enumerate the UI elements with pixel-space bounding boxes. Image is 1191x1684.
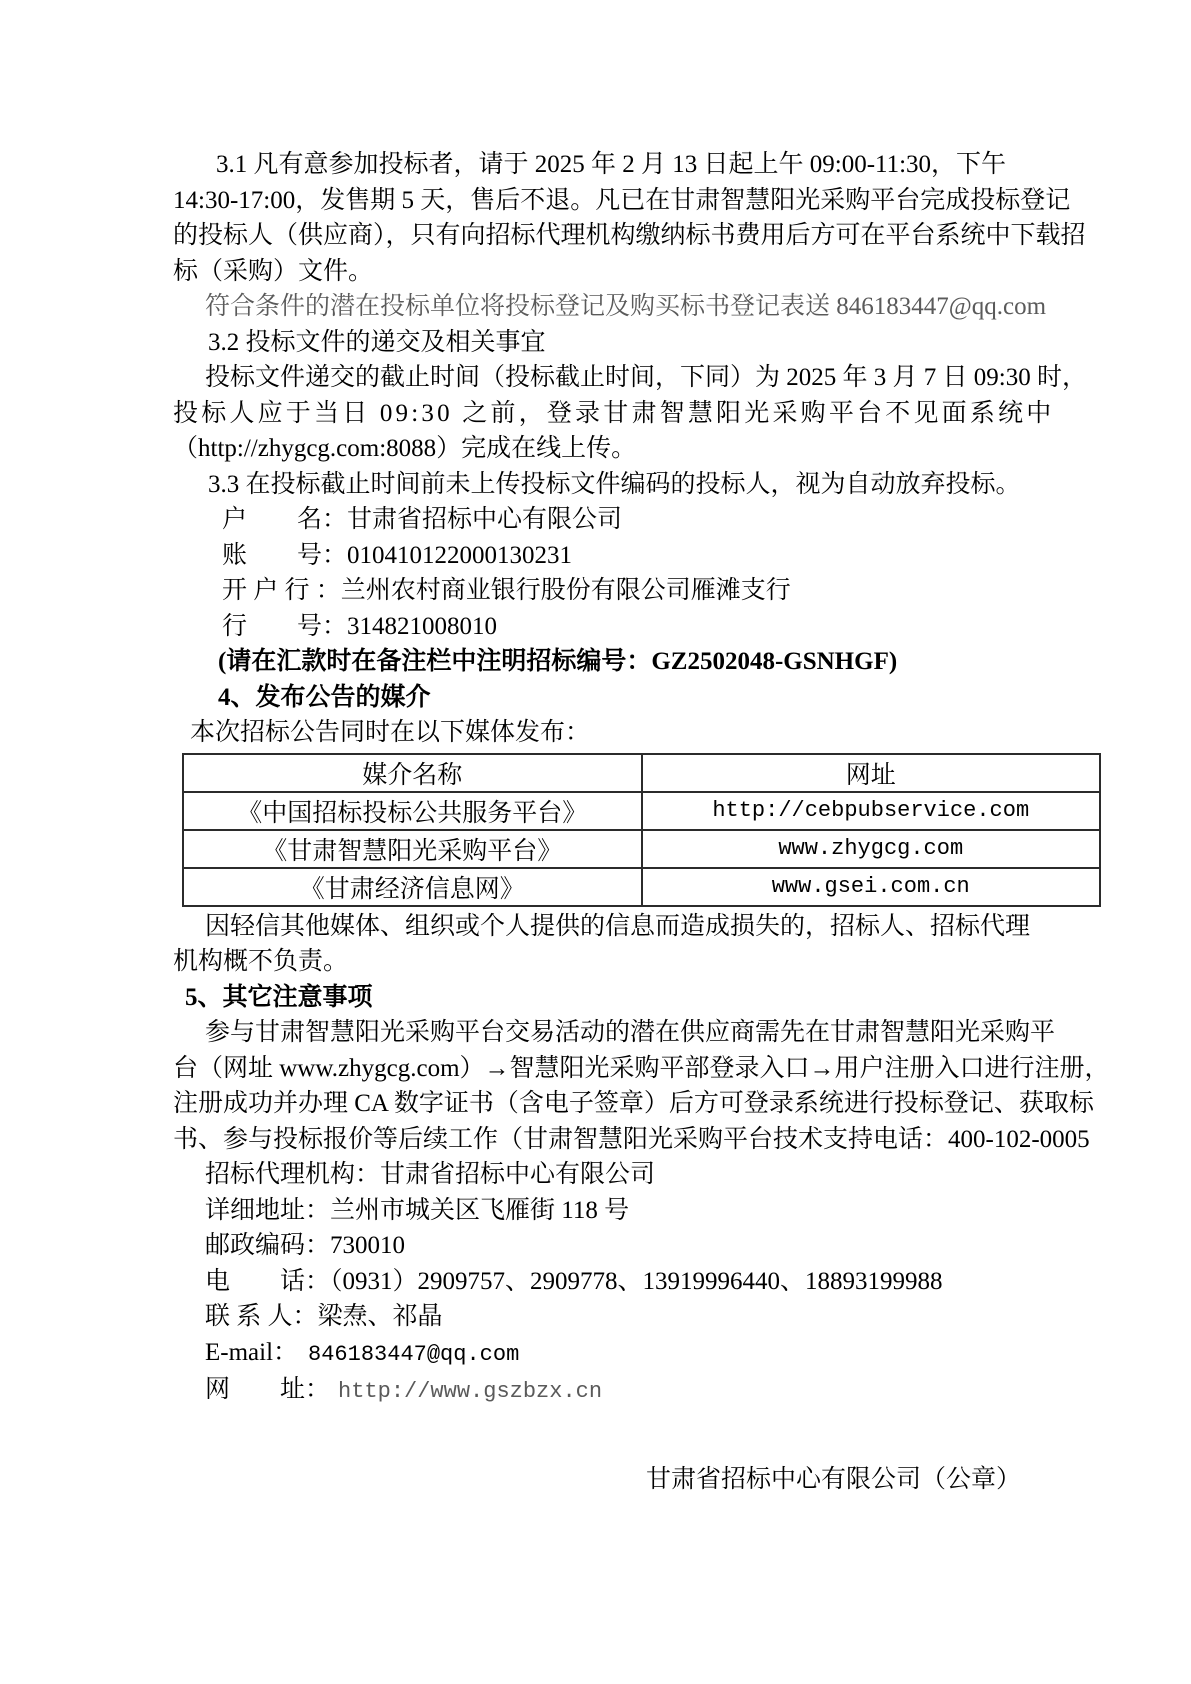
bank-branch-label: 开 户 行 ：	[222, 577, 341, 604]
bank-account-no-value: 010410122000130231	[347, 542, 572, 569]
remit-note: (请在汇款时在备注栏中注明招标编号：GZ2502048-GSNHGF)	[173, 644, 1021, 680]
media-name-cell: 《中国招标投标公共服务平台》	[183, 792, 642, 830]
sec32-line1: 投标文件递交的截止时间（投标截止时间，下同）为 2025 年 3 月 7 日 0…	[173, 360, 1021, 396]
bank-account-no-row: 账 号：010410122000130231	[173, 538, 1021, 574]
address-row: 详细地址：兰州市城关区飞雁街 118 号	[173, 1193, 1021, 1229]
sec33-text: 3.3 在投标截止时间前未上传投标文件编码的投标人，视为自动放弃投标。	[173, 467, 1021, 503]
postcode-value: 730010	[330, 1232, 405, 1259]
register-note: 符合条件的潜在投标单位将投标登记及购买标书登记表送 846183447@qq.c…	[173, 289, 1021, 325]
address-label: 详细地址：	[205, 1197, 330, 1224]
media-url-cell: www.zhygcg.com	[642, 830, 1101, 868]
table-row: 《甘肃智慧阳光采购平台》 www.zhygcg.com	[183, 830, 1100, 868]
media-table: 媒介名称 网址 《中国招标投标公共服务平台》 http://cebpubserv…	[182, 753, 1101, 907]
tender-notice-document-page: 3.1 凡有意参加投标者，请于 2025 年 2 月 13 日起上午 09:00…	[0, 0, 1191, 1684]
signature-line: 甘肃省招标中心有限公司（公章）	[173, 1462, 1021, 1497]
sec31-line2: 14:30-17:00，发售期 5 天，售后不退。凡已在甘肃智慧阳光采购平台完成…	[173, 183, 1021, 219]
sec32-title: 3.2 投标文件的递交及相关事宜	[173, 325, 1021, 361]
sec31-line4: 标（采购）文件。	[173, 254, 1021, 290]
email-value: 846183447@qq.com	[308, 1342, 519, 1367]
website-row: 网 址：http://www.gszbzx.cn	[173, 1372, 1021, 1410]
disclaimer-line2: 机构概不负责。	[173, 944, 1021, 980]
sec5-line3: 注册成功并办理 CA 数字证书（含电子签章）后方可登录系统进行投标登记、获取标	[173, 1086, 1021, 1122]
postcode-label: 邮政编码：	[205, 1232, 330, 1259]
website-label: 网 址：	[205, 1376, 330, 1403]
sec4-title: 4、发布公告的媒介	[173, 680, 1021, 716]
sec31-line3: 的投标人（供应商），只有向招标代理机构缴纳标书费用后方可在平台系统中下载招	[173, 218, 1021, 254]
disclaimer-line1: 因轻信其他媒体、组织或个人提供的信息而造成损失的，招标人、招标代理	[173, 909, 1021, 945]
bank-branch-row: 开 户 行 ：兰州农村商业银行股份有限公司雁滩支行	[173, 573, 1021, 609]
media-url-cell: http://cebpubservice.com	[642, 792, 1101, 830]
bank-no-label: 行 号：	[222, 613, 347, 640]
phone-value: （0931）2909757、2909778、13919996440、188931…	[330, 1268, 943, 1295]
media-table-header-url: 网址	[642, 754, 1101, 792]
agency-value: 甘肃省招标中心有限公司	[380, 1161, 655, 1188]
phone-row: 电 话：（0931）2909757、2909778、13919996440、18…	[173, 1264, 1021, 1300]
bank-account-name-label: 户 名：	[222, 506, 347, 533]
media-url-cell: www.gsei.com.cn	[642, 868, 1101, 906]
table-row: 《甘肃经济信息网》 www.gsei.com.cn	[183, 868, 1100, 906]
media-name-cell: 《甘肃智慧阳光采购平台》	[183, 830, 642, 868]
bank-branch-value: 兰州农村商业银行股份有限公司雁滩支行	[341, 577, 791, 604]
sec32-line3: （http://zhygcg.com:8088）完成在线上传。	[173, 431, 1021, 467]
website-value: http://www.gszbzx.cn	[338, 1379, 602, 1404]
bank-account-no-label: 账 号：	[222, 542, 347, 569]
bank-no-value: 314821008010	[347, 613, 497, 640]
sec4-intro: 本次招标公告同时在以下媒体发布：	[173, 715, 1021, 751]
table-row: 《中国招标投标公共服务平台》 http://cebpubservice.com	[183, 792, 1100, 830]
email-row: E-mail：846183447@qq.com	[173, 1335, 1021, 1373]
sec5-line1: 参与甘肃智慧阳光采购平台交易活动的潜在供应商需先在甘肃智慧阳光采购平	[173, 1015, 1021, 1051]
sec5-line4: 书、参与投标报价等后续工作（甘肃智慧阳光采购平台技术支持电话：400-102-0…	[173, 1122, 1021, 1158]
contacts-row: 联 系 人：梁焘、祁晶	[173, 1299, 1021, 1335]
sec5-title: 5、其它注意事项	[173, 980, 1021, 1016]
agency-label: 招标代理机构：	[205, 1161, 380, 1188]
contacts-label: 联 系 人：	[205, 1303, 318, 1330]
address-value: 兰州市城关区飞雁街 118 号	[330, 1197, 629, 1224]
sec32-line2: 投标人应于当日 09:30 之前，登录甘肃智慧阳光采购平台不见面系统中	[173, 396, 1021, 432]
media-name-cell: 《甘肃经济信息网》	[183, 868, 642, 906]
phone-label: 电 话：	[205, 1268, 330, 1295]
agency-row: 招标代理机构：甘肃省招标中心有限公司	[173, 1157, 1021, 1193]
postcode-row: 邮政编码：730010	[173, 1228, 1021, 1264]
sec31-line1: 3.1 凡有意参加投标者，请于 2025 年 2 月 13 日起上午 09:00…	[173, 147, 1021, 183]
bank-account-name-value: 甘肃省招标中心有限公司	[347, 506, 622, 533]
media-table-header-media: 媒介名称	[183, 754, 642, 792]
sec5-line2: 台（网址 www.zhygcg.com）→智慧阳光采购平部登录入口→用户注册入口…	[173, 1051, 1021, 1087]
contacts-value: 梁焘、祁晶	[318, 1303, 443, 1330]
email-label: E-mail：	[205, 1339, 298, 1366]
media-table-header-row: 媒介名称 网址	[183, 754, 1100, 792]
bank-account-name-row: 户 名：甘肃省招标中心有限公司	[173, 502, 1021, 538]
bank-no-row: 行 号：314821008010	[173, 609, 1021, 645]
